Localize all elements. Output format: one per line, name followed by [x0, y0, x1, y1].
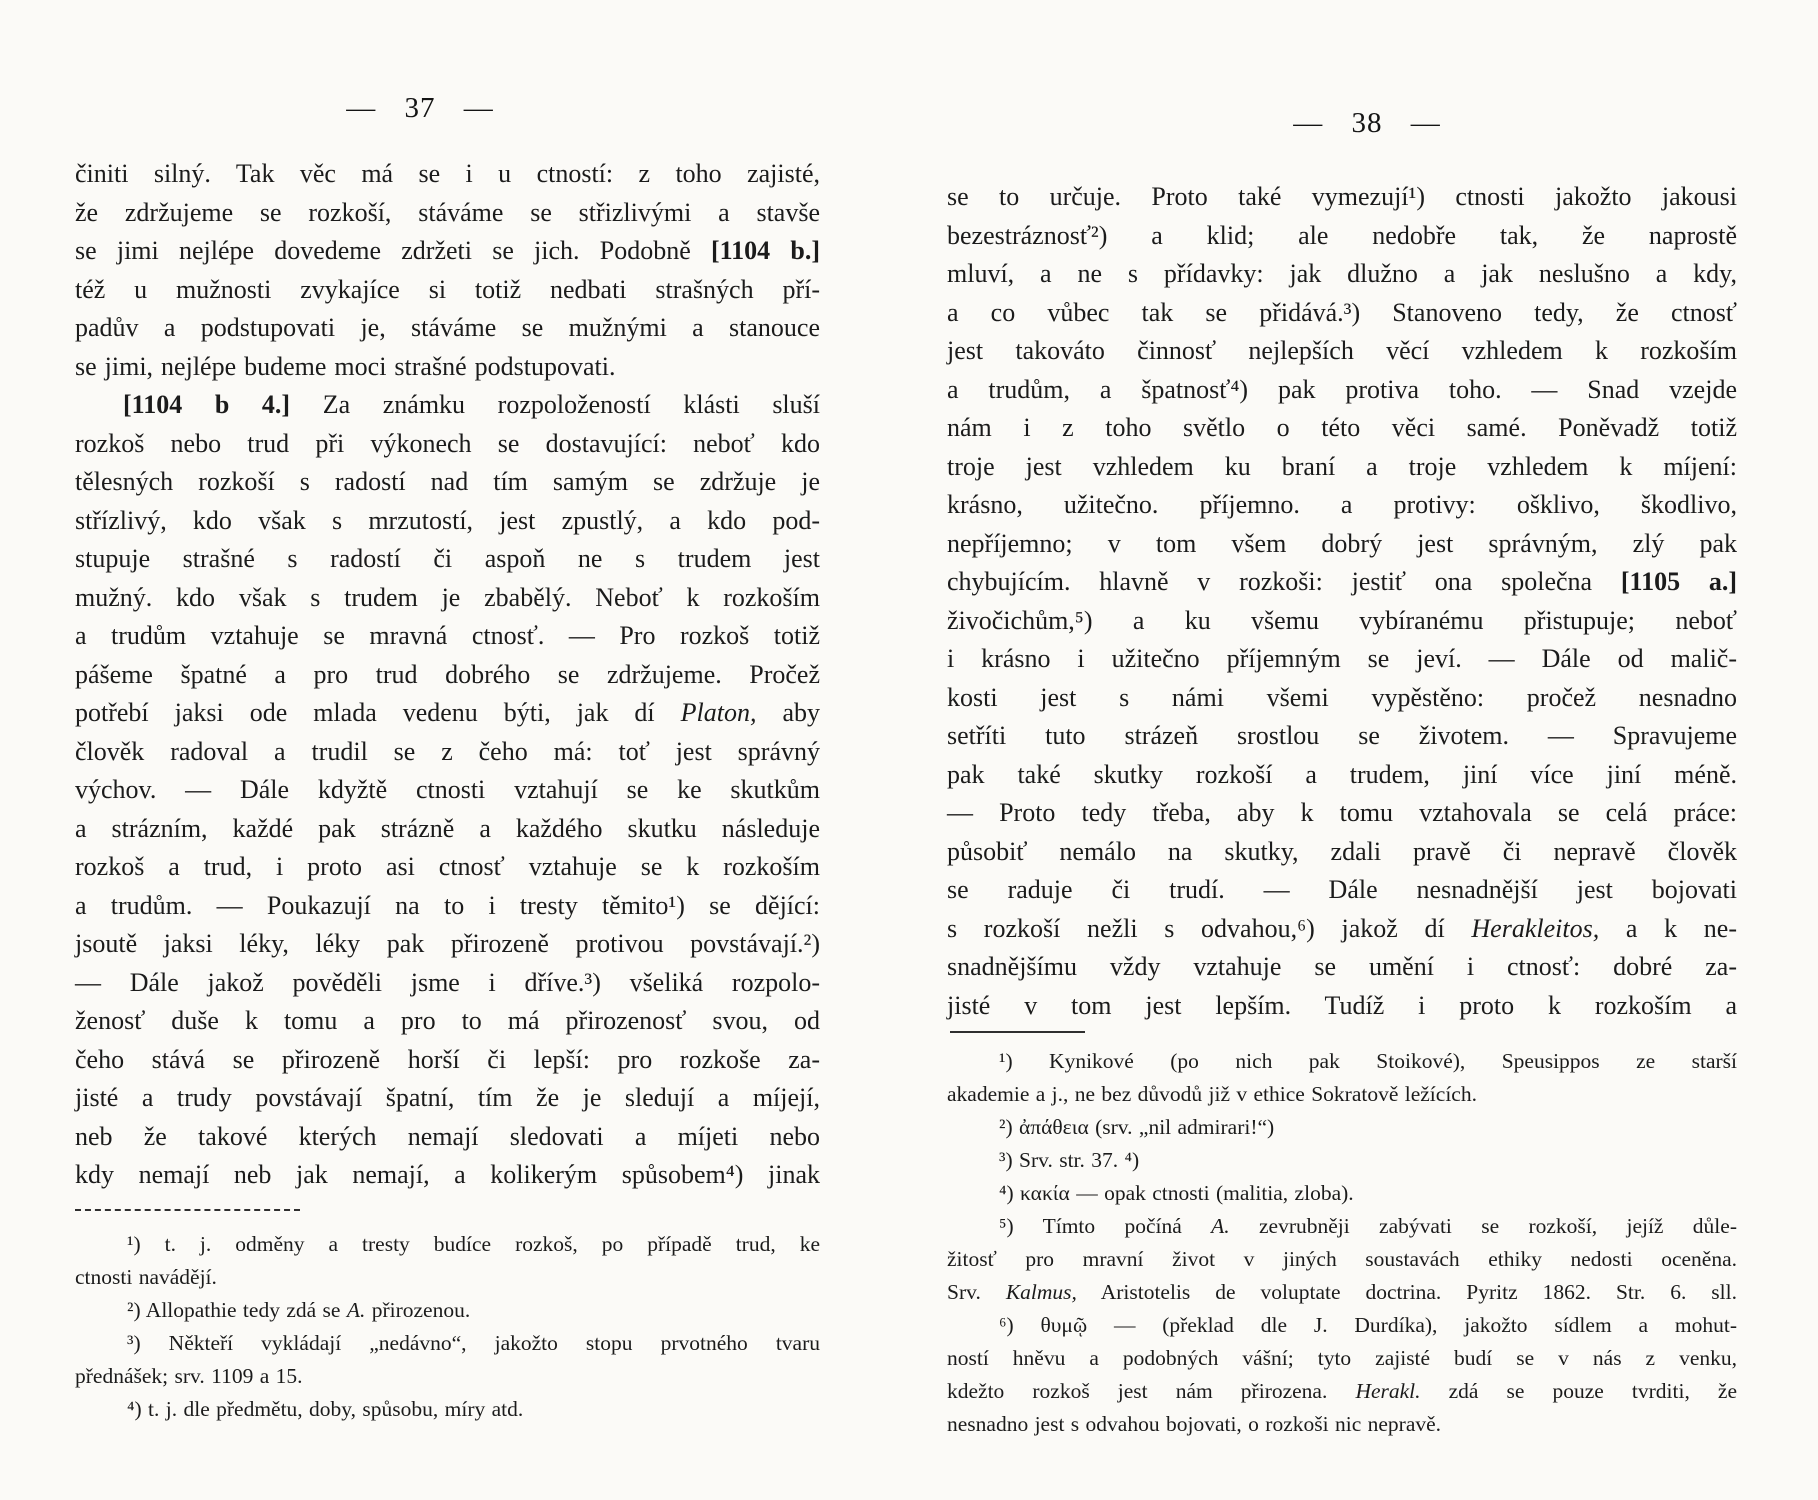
text-segment: tělesných rozkoší s radostí nad tím samý…: [75, 467, 820, 496]
text-segment: A.: [1211, 1214, 1230, 1238]
text-segment: ⁴) t. j. dle předmětu, doby, spůsobu, mí…: [127, 1397, 523, 1421]
text-segment: padův a podstupovati je, stáváme se mužn…: [75, 313, 820, 342]
text-segment: pak také skutky rozkoší a trudem, jiní v…: [947, 760, 1737, 789]
text-segment: ¹) t. j. odměny a tresty budíce rozkoš, …: [127, 1232, 820, 1256]
text-line: bezestráznosť²) a klid; ale nedobře tak,…: [947, 217, 1737, 256]
text-line: ¹) t. j. odměny a tresty budíce rozkoš, …: [75, 1228, 820, 1261]
text-segment: troje jest vzhledem ku braní a troje vzh…: [947, 452, 1737, 481]
text-segment: jest takováto činnosť nejlepších věcí vz…: [947, 336, 1737, 365]
text-segment: stupuje strašné s radostí či aspoň ne s …: [75, 544, 820, 573]
text-line: chybujícím. hlavně v rozkoši: jestiť ona…: [947, 563, 1737, 602]
text-line: se jimi nejlépe dovedeme zdržeti se jich…: [75, 232, 820, 271]
text-segment: potřebí jaksi ode mlada vedenu býti, jak…: [75, 698, 681, 727]
text-segment: Za známku rozpoložeností klásti sluší: [290, 390, 820, 419]
text-line: snadnějšímu vždy vztahuje se umění i ctn…: [947, 948, 1737, 987]
text-line: pak také skutky rozkoší a trudem, jiní v…: [947, 756, 1737, 795]
page-number-right: — 38 —: [1142, 107, 1592, 140]
text-segment: činiti silný. Tak věc má se i u ctností:…: [75, 159, 820, 188]
footnote-separator-left: [75, 1209, 300, 1211]
text-segment: A.: [347, 1298, 366, 1322]
text-line: mužný. kdo však s trudem je zbabělý. Neb…: [75, 579, 820, 618]
text-segment: jisté v tom jest lepším. Tudíž i proto k…: [947, 991, 1737, 1020]
text-line: a trudům, a špatnosť⁴) pak protiva toho.…: [947, 371, 1737, 410]
text-line: se raduje či trudí. — Dále nesnadnější j…: [947, 871, 1737, 910]
text-segment: ³) Někteří vykládají „nedávno“, jakožto …: [127, 1331, 820, 1355]
text-segment: ⁴) κακία — opak ctnosti (malitia, zloba)…: [999, 1181, 1354, 1205]
text-segment: nepříjemno; v tom všem dobrý jest správn…: [947, 529, 1737, 558]
text-line: též u mužnosti zvykajíce si totiž nedbat…: [75, 271, 820, 310]
text-segment: ²) Allopathie tedy zdá se: [127, 1298, 347, 1322]
text-segment: a k ne-: [1599, 914, 1737, 943]
text-segment: zevrubněji zabývati se rozkoší, jejíž dů…: [1230, 1214, 1737, 1238]
text-line: akademie a j., ne bez důvodů již v ethic…: [947, 1078, 1737, 1111]
text-line: i krásno i užitečno příjemným se jeví. —…: [947, 640, 1737, 679]
text-line: troje jest vzhledem ku braní a troje vzh…: [947, 448, 1737, 487]
text-line: tělesných rozkoší s radostí nad tím samý…: [75, 463, 820, 502]
text-segment: jisté a trudy povstávají špatní, tím že …: [75, 1083, 820, 1112]
text-line: Srv. Kalmus, Aristotelis de voluptate do…: [947, 1276, 1737, 1309]
text-segment: se jimi, nejlépe budeme moci strašné pod…: [75, 352, 615, 381]
text-line: jisté v tom jest lepším. Tudíž i proto k…: [947, 987, 1737, 1026]
text-segment: a strázním, každé pak strázně a každého …: [75, 814, 820, 843]
text-line: kdežto rozkoš jest nám přirozena. Herakl…: [947, 1375, 1737, 1408]
text-segment: neb že takové kterých nemají sledovati a…: [75, 1122, 820, 1151]
right-footnotes: ¹) Kynikové (po nich pak Stoikové), Speu…: [947, 1045, 1737, 1441]
text-line: a trudům vztahuje se mravná ctnosť. — Pr…: [75, 617, 820, 656]
right-page: — 38 — se to určuje. Proto také vymezují…: [947, 0, 1737, 1500]
text-segment: ³) Srv. str. 37. ⁴): [999, 1148, 1139, 1172]
text-segment: kdy nemají neb jak nemají, a kolikerým s…: [75, 1160, 820, 1189]
text-segment: Aristotelis de voluptate doctrina. Pyrit…: [1077, 1280, 1737, 1304]
text-line: krásno, užitečno. příjemno. a protivy: o…: [947, 486, 1737, 525]
text-segment: — Dále jakož pověděli jsme i dříve.³) vš…: [75, 968, 820, 997]
text-line: ⁴) κακία — opak ctnosti (malitia, zloba)…: [947, 1177, 1737, 1210]
text-segment: ností hněvu a podobných vášní; tyto zaji…: [947, 1346, 1737, 1370]
text-line: — Proto tedy třeba, aby k tomu vztahoval…: [947, 794, 1737, 833]
text-segment: že zdržujeme se rozkoší, stáváme se stři…: [75, 198, 820, 227]
text-line: ¹) Kynikové (po nich pak Stoikové), Speu…: [947, 1045, 1737, 1078]
text-line: střízlivý, kdo však s mrzutostí, jest zp…: [75, 502, 820, 541]
text-segment: aby: [756, 698, 820, 727]
text-line: živočichům,⁵) a ku všemu vybíranému přis…: [947, 602, 1737, 641]
text-segment: i krásno i užitečno příjemným se jeví. —…: [947, 644, 1737, 673]
text-segment: přednášek; srv. 1109 a 15.: [75, 1364, 303, 1388]
text-line: ctnosti navádějí.: [75, 1261, 820, 1294]
text-segment: nesnadno jest s odvahou bojovati, o rozk…: [947, 1412, 1441, 1436]
text-line: a strázním, každé pak strázně a každého …: [75, 810, 820, 849]
footnote-separator-right: [950, 1031, 1085, 1033]
text-line: se to určuje. Proto také vymezují¹) ctno…: [947, 178, 1737, 217]
text-segment: rozkoš nebo trud při výkonech se dostavu…: [75, 429, 820, 458]
text-line: nesnadno jest s odvahou bojovati, o rozk…: [947, 1408, 1737, 1441]
text-line: ²) Allopathie tedy zdá se A. přirozenou.: [75, 1294, 820, 1327]
book-scan-spread: { "pages": { "left": { "header": "— 37 —…: [0, 0, 1818, 1500]
text-segment: a co vůbec tak se přidává.³) Stanoveno t…: [947, 298, 1737, 327]
left-body-text: činiti silný. Tak věc má se i u ctností:…: [75, 155, 820, 1195]
text-segment: pášeme špatné a pro trud dobrého se zdrž…: [75, 660, 820, 689]
text-segment: bezestráznosť²) a klid; ale nedobře tak,…: [947, 221, 1737, 250]
text-line: kdy nemají neb jak nemají, a kolikerým s…: [75, 1156, 820, 1195]
text-line: ²) ἀπάθεια (srv. „nil admirari!“): [947, 1111, 1737, 1144]
text-line: ³) Srv. str. 37. ⁴): [947, 1144, 1737, 1177]
text-segment: zdá se pouze tvrditi, že: [1421, 1379, 1737, 1403]
text-line: potřebí jaksi ode mlada vedenu býti, jak…: [75, 694, 820, 733]
text-line: ³) Někteří vykládají „nedávno“, jakožto …: [75, 1327, 820, 1360]
text-segment: ²) ἀπάθεια (srv. „nil admirari!“): [999, 1115, 1274, 1139]
text-line: ⁴) t. j. dle předmětu, doby, spůsobu, mí…: [75, 1393, 820, 1426]
text-segment: žitosť pro mravní život v jiných soustav…: [947, 1247, 1737, 1271]
text-segment: mužný. kdo však s trudem je zbabělý. Neb…: [75, 583, 820, 612]
text-segment: Srv.: [947, 1280, 1006, 1304]
text-line: stupuje strašné s radostí či aspoň ne s …: [75, 540, 820, 579]
text-line: rozkoš nebo trud při výkonech se dostavu…: [75, 425, 820, 464]
text-line: nám i z toho světlo o této věci samé. Po…: [947, 409, 1737, 448]
text-segment: jsoutě jaksi léky, léky pak přirozeně pr…: [75, 929, 820, 958]
left-page: — 37 — činiti silný. Tak věc má se i u c…: [75, 0, 820, 1500]
text-segment: ⁶) θυμῷ — (překlad dle J. Durdíka), jako…: [999, 1313, 1737, 1337]
left-footnotes: ¹) t. j. odměny a tresty budíce rozkoš, …: [75, 1228, 820, 1426]
text-segment: — Proto tedy třeba, aby k tomu vztahoval…: [947, 798, 1737, 827]
text-segment: se raduje či trudí. — Dále nesnadnější j…: [947, 875, 1737, 904]
text-line: ženosť duše k tomu a pro to má přirozeno…: [75, 1002, 820, 1041]
text-line: pášeme špatné a pro trud dobrého se zdrž…: [75, 656, 820, 695]
text-line: ⁶) θυμῷ — (překlad dle J. Durdíka), jako…: [947, 1309, 1737, 1342]
text-line: výchov. — Dále kdyžtě ctnosti vztahují s…: [75, 771, 820, 810]
text-segment: Platon,: [681, 698, 757, 727]
text-segment: přirozenou.: [365, 1298, 470, 1322]
text-segment: ⁵) Tímto počíná: [999, 1214, 1211, 1238]
text-line: mluví, a ne s přídavky: jak dlužno a jak…: [947, 255, 1737, 294]
text-line: nepříjemno; v tom všem dobrý jest správn…: [947, 525, 1737, 564]
text-segment: kosti jest s námi všemi vypěstěno: proče…: [947, 683, 1737, 712]
text-line: ⁵) Tímto počíná A. zevrubněji zabývati s…: [947, 1210, 1737, 1243]
text-segment: [1104 b.]: [711, 236, 820, 265]
text-segment: se jimi nejlépe dovedeme zdržeti se jich…: [75, 236, 711, 265]
text-line: že zdržujeme se rozkoší, stáváme se stři…: [75, 194, 820, 233]
text-segment: akademie a j., ne bez důvodů již v ethic…: [947, 1082, 1477, 1106]
text-segment: setříti tuto strázeň srostlou se životem…: [947, 721, 1737, 750]
text-segment: rozkoš a trud, i proto asi ctnosť vztahu…: [75, 852, 820, 881]
text-segment: s rozkoší nežli s odvahou,⁶) jakož dí: [947, 914, 1471, 943]
text-segment: ¹) Kynikové (po nich pak Stoikové), Speu…: [999, 1049, 1737, 1073]
text-segment: též u mužnosti zvykajíce si totiž nedbat…: [75, 275, 820, 304]
text-line: působiť nemálo na skutky, zdali pravě či…: [947, 833, 1737, 872]
page-number-left: — 37 —: [195, 92, 645, 125]
text-segment: kdežto rozkoš jest nám přirozena.: [947, 1379, 1355, 1403]
text-line: jisté a trudy povstávají špatní, tím že …: [75, 1079, 820, 1118]
text-line: čeho stává se přirozeně horší či lepší: …: [75, 1041, 820, 1080]
text-segment: Herakl.: [1355, 1379, 1420, 1403]
text-segment: střízlivý, kdo však s mrzutostí, jest zp…: [75, 506, 820, 535]
text-segment: [1104 b 4.]: [123, 390, 290, 419]
text-line: a co vůbec tak se přidává.³) Stanoveno t…: [947, 294, 1737, 333]
text-line: činiti silný. Tak věc má se i u ctností:…: [75, 155, 820, 194]
right-body-text: se to určuje. Proto také vymezují¹) ctno…: [947, 178, 1737, 1025]
text-line: jest takováto činnosť nejlepších věcí vz…: [947, 332, 1737, 371]
text-segment: se to určuje. Proto také vymezují¹) ctno…: [947, 182, 1737, 211]
text-line: s rozkoší nežli s odvahou,⁶) jakož dí He…: [947, 910, 1737, 949]
text-line: ností hněvu a podobných vášní; tyto zaji…: [947, 1342, 1737, 1375]
text-line: neb že takové kterých nemají sledovati a…: [75, 1118, 820, 1157]
text-line: padův a podstupovati je, stáváme se mužn…: [75, 309, 820, 348]
text-line: — Dále jakož pověděli jsme i dříve.³) vš…: [75, 964, 820, 1003]
text-segment: Herakleitos,: [1471, 914, 1599, 943]
text-segment: Kalmus,: [1006, 1280, 1077, 1304]
text-segment: působiť nemálo na skutky, zdali pravě či…: [947, 837, 1737, 866]
text-segment: a trudům. — Poukazují na to i tresty těm…: [75, 891, 820, 920]
text-segment: živočichům,⁵) a ku všemu vybíranému přis…: [947, 606, 1737, 635]
text-segment: a trudům vztahuje se mravná ctnosť. — Pr…: [75, 621, 820, 650]
text-segment: chybujícím. hlavně v rozkoši: jestiť ona…: [947, 567, 1621, 596]
text-line: kosti jest s námi všemi vypěstěno: proče…: [947, 679, 1737, 718]
text-line: a trudům. — Poukazují na to i tresty těm…: [75, 887, 820, 926]
text-segment: nám i z toho světlo o této věci samé. Po…: [947, 413, 1737, 442]
text-segment: člověk radoval a trudil se z čeho má: to…: [75, 737, 820, 766]
text-line: žitosť pro mravní život v jiných soustav…: [947, 1243, 1737, 1276]
text-line: setříti tuto strázeň srostlou se životem…: [947, 717, 1737, 756]
text-segment: a trudům, a špatnosť⁴) pak protiva toho.…: [947, 375, 1737, 404]
text-segment: výchov. — Dále kdyžtě ctnosti vztahují s…: [75, 775, 820, 804]
text-segment: ctnosti navádějí.: [75, 1265, 217, 1289]
text-line: se jimi, nejlépe budeme moci strašné pod…: [75, 348, 820, 387]
text-segment: krásno, užitečno. příjemno. a protivy: o…: [947, 490, 1737, 519]
text-segment: ženosť duše k tomu a pro to má přirozeno…: [75, 1006, 820, 1035]
text-line: člověk radoval a trudil se z čeho má: to…: [75, 733, 820, 772]
text-segment: [1105 a.]: [1621, 567, 1737, 596]
text-line: jsoutě jaksi léky, léky pak přirozeně pr…: [75, 925, 820, 964]
text-line: [1104 b 4.] Za známku rozpoložeností klá…: [75, 386, 820, 425]
text-segment: mluví, a ne s přídavky: jak dlužno a jak…: [947, 259, 1737, 288]
text-line: rozkoš a trud, i proto asi ctnosť vztahu…: [75, 848, 820, 887]
text-segment: snadnějšímu vždy vztahuje se umění i ctn…: [947, 952, 1737, 981]
text-line: přednášek; srv. 1109 a 15.: [75, 1360, 820, 1393]
text-segment: čeho stává se přirozeně horší či lepší: …: [75, 1045, 820, 1074]
